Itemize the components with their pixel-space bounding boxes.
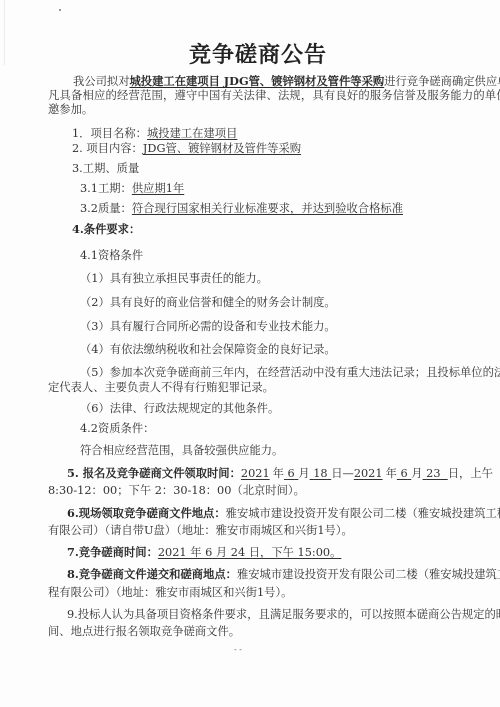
item-project-name: 1．项目名称：城投建工在建项目 <box>72 127 237 140</box>
item-schedule: 3.1工期：供应期1年 <box>80 182 184 195</box>
item-negotiation-time: 7.竞争磋商时间：2021 年 6 月 24 日，下午 15:00。 <box>67 546 341 559</box>
item-pickup-location: 6.现场领取竞争磋商文件地点：雅安城市建设投资开发有限公司二楼（雅安城投建筑工程 <box>67 507 500 520</box>
project-name-highlight: 城投建工在建项目 JDG管、镀锌钢材及管件等采购 <box>130 74 385 88</box>
item-requirements: 4.条件要求： <box>72 223 140 236</box>
intro-line-3: 邀参加。 <box>48 103 93 116</box>
intro-line-1: 我公司拟对城投建工在建项目 JDG管、镀锌钢材及管件等采购进行竞争磋商确定供应单… <box>73 75 500 88</box>
pickup-location-continued: 有限公司）（请自带U盘）（地址：雅安市雨城区和兴街1号）。 <box>48 524 353 537</box>
bidder-note-continued: 间、地点进行报名领取竞争磋商文件。 <box>48 625 240 638</box>
item-submission-location: 8.竞争磋商文件递交和磋商地点：雅安城市建设投资开发有限公司二楼（雅安城投建筑工 <box>67 568 500 581</box>
item-registration-time: 5. 报名及竞争磋商文件领取时间：2021年 6 月 18 日—2021年 6 … <box>67 467 493 480</box>
condition-6: （6）法律、行政法规规定的其他条件。 <box>80 402 279 415</box>
item-quality: 3.2质量：符合现行国家相关行业标准要求，并达到验收合格标准 <box>80 202 403 215</box>
condition-5: （5）参加本次竞争磋商前三年内，在经营活动中没有重大违法记录；且投标单位的法 <box>80 366 500 379</box>
qualification-cert-heading: 4.2资质条件： <box>80 422 154 435</box>
condition-4: （4）有依法缴纳税收和社会保障资金的良好记录。 <box>80 343 336 356</box>
submission-location-continued: 程有限公司）（地址：雅安市雨城区和兴街1号）。 <box>48 586 292 599</box>
qualification-heading: 4.1资格条件 <box>80 249 143 262</box>
document-title: 竞争磋商公告 <box>0 38 500 69</box>
condition-1: （1）具有独立承担民事责任的能力。 <box>80 272 268 285</box>
item-bidder-note: 9.投标人认为具备项目资格条件要求，且满足服务要求的，可以按照本磋商公告规定的时 <box>67 608 500 621</box>
qualification-cert-value: 符合相应经营范围，具备较强供应能力。 <box>80 444 283 457</box>
document-page: 竞争磋商公告 我公司拟对城投建工在建项目 JDG管、镀锌钢材及管件等采购进行竞争… <box>0 0 500 707</box>
condition-3: （3）具有履行合同所必需的设备和专业技术能力。 <box>80 320 336 333</box>
registration-hours: 8:30-12：00；下午 2：30-18：00（北京时间）。 <box>48 484 305 497</box>
item-schedule-quality: 3.工期、质量 <box>72 162 139 175</box>
page-marker: - - <box>234 645 242 654</box>
intro-line-2: 凡具备相应的经营范围，遵守中国有关法律、法规，具有良好的服务信誉及服务能力的单位… <box>48 89 500 102</box>
condition-2: （2）具有良好的商业信誉和健全的财务会计制度。 <box>80 296 336 309</box>
condition-5-continued: 定代表人、主要负责人不得有行贿犯罪记录。 <box>48 381 274 394</box>
scan-speck <box>59 9 61 11</box>
item-project-content: 2. 项目内容：JDG管、镀锌钢材及管件等采购 <box>72 142 301 155</box>
